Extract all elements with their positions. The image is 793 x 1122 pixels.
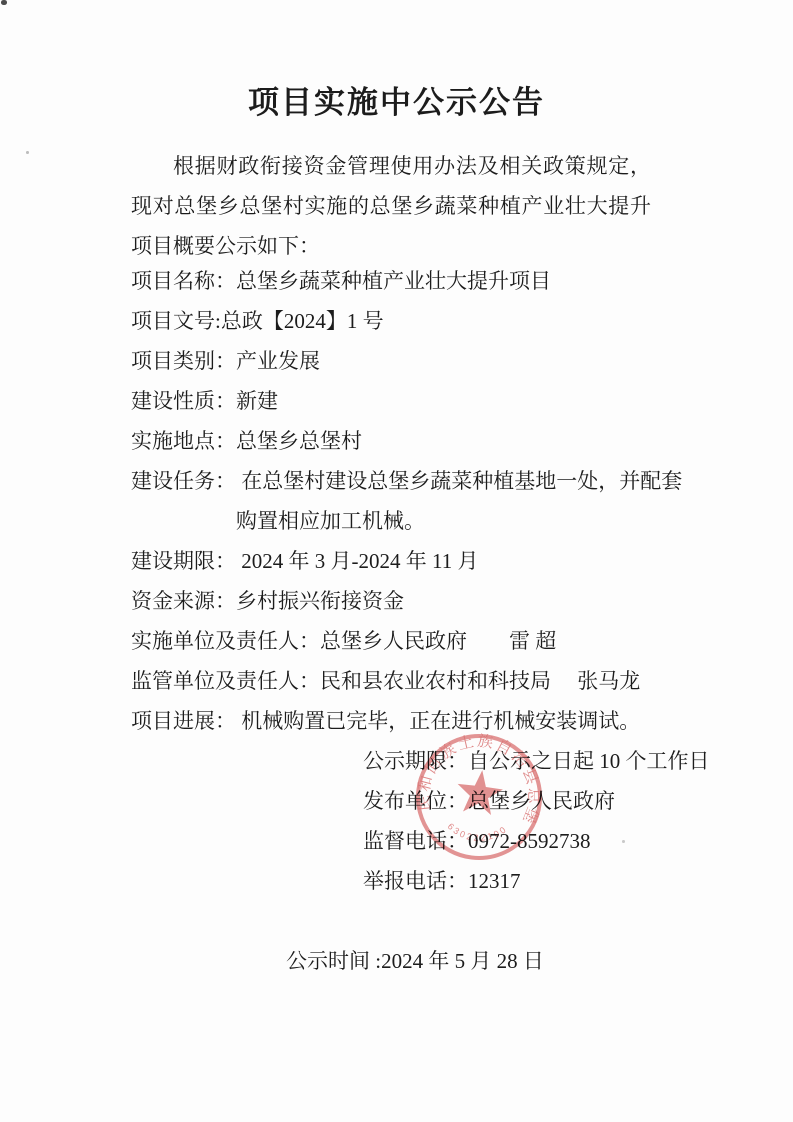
field-project-name: 项目名称： 总堡乡蔬菜种植产业壮大提升项目: [131, 261, 693, 301]
document-page: 项目实施中公示公告 根据财政衔接资金管理使用办法及相关政策规定，现对总堡乡总堡村…: [0, 0, 793, 1122]
field-supervising-unit: 监管单位及责任人： 民和县农业农村和科技局 张马龙: [131, 661, 693, 701]
field-label: 建设期限：: [131, 541, 236, 581]
field-label: 项目文号:: [131, 301, 221, 341]
scan-artifact: [622, 840, 625, 843]
field-label: 实施单位及责任人：: [131, 621, 320, 661]
field-label: 监督电话：: [363, 821, 468, 861]
field-construction-nature: 建设性质： 新建: [131, 381, 693, 421]
field-value: 自公示之日起 10 个工作日: [468, 741, 723, 781]
field-value: 机械购置已完毕，正在进行机械安装调试。: [236, 701, 693, 741]
field-project-progress: 项目进展： 机械购置已完毕，正在进行机械安装调试。: [131, 701, 693, 741]
intro-paragraph: 根据财政衔接资金管理使用办法及相关政策规定，现对总堡乡总堡村实施的总堡乡蔬菜种植…: [131, 146, 651, 266]
field-label: 项目进展：: [131, 701, 236, 741]
field-value: 总堡乡人民政府 雷 超: [320, 621, 693, 661]
project-fields: 项目名称： 总堡乡蔬菜种植产业壮大提升项目 项目文号: 总政【2024】1 号 …: [131, 261, 693, 741]
field-label: 建设任务：: [131, 461, 236, 501]
field-value: 民和县农业农村和科技局 张马龙: [320, 661, 693, 701]
field-label: 监管单位及责任人：: [131, 661, 320, 701]
field-implementing-unit: 实施单位及责任人： 总堡乡人民政府 雷 超: [131, 621, 693, 661]
field-label: 实施地点：: [131, 421, 236, 461]
field-label: 资金来源：: [131, 581, 236, 621]
field-label: 发布单位：: [363, 781, 468, 821]
field-value: 新建: [236, 381, 693, 421]
page-title: 项目实施中公示公告: [0, 84, 793, 122]
scan-artifact: [1, 0, 7, 5]
field-value: 产业发展: [236, 341, 693, 381]
field-label: 建设性质：: [131, 381, 236, 421]
field-value: 2024 年 3 月-2024 年 11 月: [236, 541, 693, 581]
field-value: 总堡乡总堡村: [236, 421, 693, 461]
field-document-number: 项目文号: 总政【2024】1 号: [131, 301, 693, 341]
field-value: 总堡乡蔬菜种植产业壮大提升项目: [236, 261, 693, 301]
field-label: 举报电话：: [363, 861, 468, 901]
field-publishing-unit: 发布单位： 总堡乡人民政府: [363, 781, 723, 821]
field-value: 12317: [468, 861, 723, 901]
scan-artifact: [26, 151, 29, 154]
field-supervision-phone: 监督电话： 0972-8592738: [363, 821, 723, 861]
field-value: 乡村振兴衔接资金: [236, 581, 693, 621]
publication-fields: 公示期限： 自公示之日起 10 个工作日 发布单位： 总堡乡人民政府 监督电话：…: [363, 741, 723, 901]
field-construction-task: 建设任务： 在总堡村建设总堡乡蔬菜种植基地一处，并配套购置相应加工机械。: [131, 461, 693, 541]
field-implementation-location: 实施地点： 总堡乡总堡村: [131, 421, 693, 461]
field-value: 0972-8592738: [468, 821, 723, 861]
field-label: 公示期限：: [363, 741, 468, 781]
field-publicity-period: 公示期限： 自公示之日起 10 个工作日: [363, 741, 723, 781]
field-report-phone: 举报电话： 12317: [363, 861, 723, 901]
field-value: 总政【2024】1 号: [221, 301, 693, 341]
field-value: 在总堡村建设总堡乡蔬菜种植基地一处，并配套购置相应加工机械。: [236, 461, 693, 541]
field-funding-source: 资金来源： 乡村振兴衔接资金: [131, 581, 693, 621]
field-label: 项目类别：: [131, 341, 236, 381]
field-value: 总堡乡人民政府: [468, 781, 723, 821]
field-construction-period: 建设期限： 2024 年 3 月-2024 年 11 月: [131, 541, 693, 581]
publicity-date: 公示时间 :2024 年 5 月 28 日: [286, 941, 544, 981]
field-label: 项目名称：: [131, 261, 236, 301]
field-project-category: 项目类别： 产业发展: [131, 341, 693, 381]
